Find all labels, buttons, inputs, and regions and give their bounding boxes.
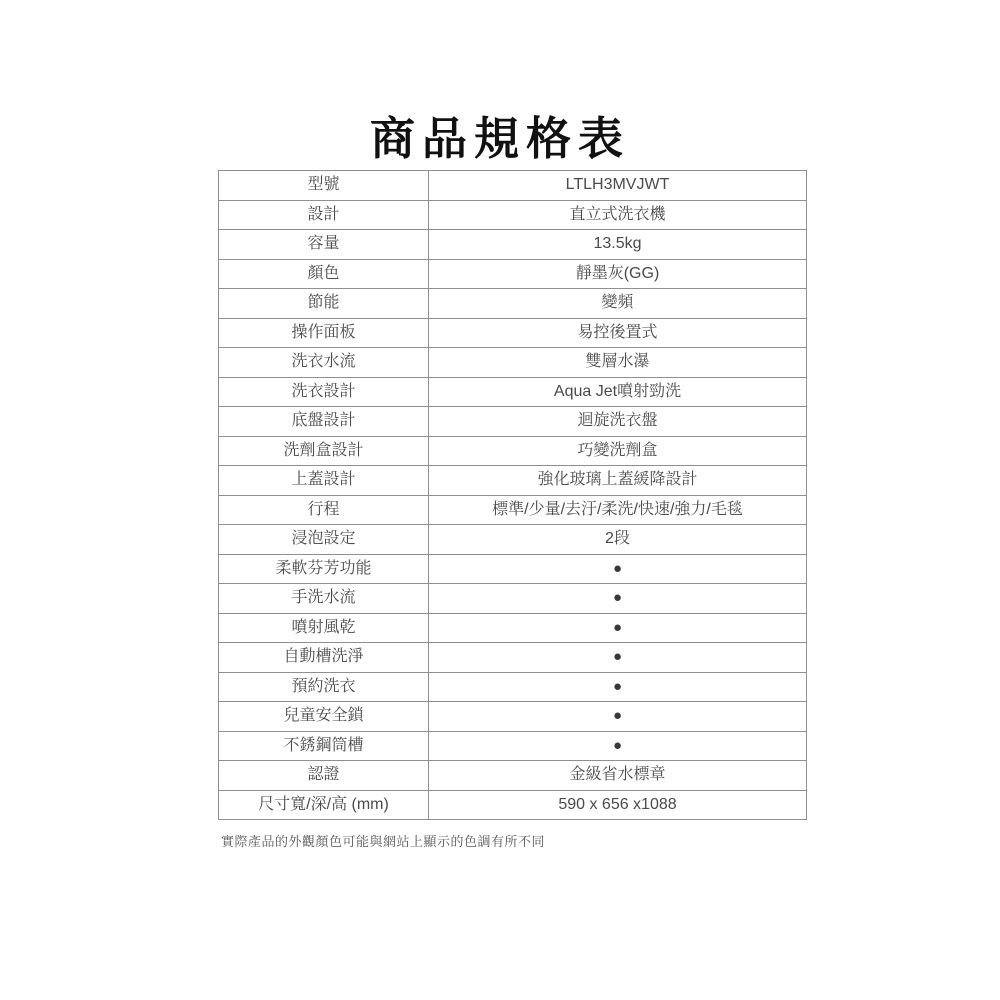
spec-label: 柔軟芬芳功能 bbox=[219, 554, 429, 584]
table-row: 行程 標準/少量/去汙/柔洗/快速/強力/毛毯 bbox=[219, 495, 807, 525]
spec-label: 節能 bbox=[219, 289, 429, 319]
spec-value: 迴旋洗衣盤 bbox=[429, 407, 807, 437]
table-row: 洗劑盒設計 巧變洗劑盒 bbox=[219, 436, 807, 466]
table-row: 自動槽洗淨 ● bbox=[219, 643, 807, 673]
spec-label: 型號 bbox=[219, 171, 429, 201]
spec-label: 手洗水流 bbox=[219, 584, 429, 614]
spec-label: 預約洗衣 bbox=[219, 672, 429, 702]
spec-value: 易控後置式 bbox=[429, 318, 807, 348]
spec-label: 浸泡設定 bbox=[219, 525, 429, 555]
spec-label: 兒童安全鎖 bbox=[219, 702, 429, 732]
table-row: 尺寸寬/深/高 (mm) 590 x 656 x1088 bbox=[219, 790, 807, 820]
spec-table-container: 型號 LTLH3MVJWT 設計 直立式洗衣機 容量 13.5kg 顏色 靜墨灰… bbox=[218, 170, 790, 820]
spec-label: 操作面板 bbox=[219, 318, 429, 348]
spec-value: LTLH3MVJWT bbox=[429, 171, 807, 201]
table-row: 認證 金級省水標章 bbox=[219, 761, 807, 791]
page-title: 商品規格表 bbox=[0, 116, 1000, 161]
table-row: 設計 直立式洗衣機 bbox=[219, 200, 807, 230]
table-row: 洗衣設計 Aqua Jet噴射勁洗 bbox=[219, 377, 807, 407]
spec-label: 洗衣設計 bbox=[219, 377, 429, 407]
spec-label: 設計 bbox=[219, 200, 429, 230]
table-row: 柔軟芬芳功能 ● bbox=[219, 554, 807, 584]
spec-value: 雙層水瀑 bbox=[429, 348, 807, 378]
spec-value: 變頻 bbox=[429, 289, 807, 319]
table-row: 容量 13.5kg bbox=[219, 230, 807, 260]
spec-value: 巧變洗劑盒 bbox=[429, 436, 807, 466]
spec-value: ● bbox=[429, 554, 807, 584]
spec-label: 自動槽洗淨 bbox=[219, 643, 429, 673]
table-row: 兒童安全鎖 ● bbox=[219, 702, 807, 732]
spec-label: 底盤設計 bbox=[219, 407, 429, 437]
spec-label: 尺寸寬/深/高 (mm) bbox=[219, 790, 429, 820]
spec-value: ● bbox=[429, 672, 807, 702]
spec-label: 行程 bbox=[219, 495, 429, 525]
spec-value: 直立式洗衣機 bbox=[429, 200, 807, 230]
spec-value: ● bbox=[429, 702, 807, 732]
spec-value: 13.5kg bbox=[429, 230, 807, 260]
spec-label: 洗衣水流 bbox=[219, 348, 429, 378]
color-disclaimer-footnote: 實際產品的外觀顏色可能與網站上顯示的色調有所不同 bbox=[221, 831, 545, 850]
table-row: 手洗水流 ● bbox=[219, 584, 807, 614]
spec-value: ● bbox=[429, 613, 807, 643]
table-row: 浸泡設定 2段 bbox=[219, 525, 807, 555]
table-row: 操作面板 易控後置式 bbox=[219, 318, 807, 348]
spec-label: 不銹鋼筒槽 bbox=[219, 731, 429, 761]
spec-value: Aqua Jet噴射勁洗 bbox=[429, 377, 807, 407]
spec-value: 標準/少量/去汙/柔洗/快速/強力/毛毯 bbox=[429, 495, 807, 525]
spec-value: 金級省水標章 bbox=[429, 761, 807, 791]
spec-sheet-page: 商品規格表 型號 LTLH3MVJWT 設計 直立式洗衣機 容量 13.5kg … bbox=[0, 0, 1000, 1000]
spec-value: 靜墨灰(GG) bbox=[429, 259, 807, 289]
spec-value: ● bbox=[429, 584, 807, 614]
table-row: 顏色 靜墨灰(GG) bbox=[219, 259, 807, 289]
spec-table: 型號 LTLH3MVJWT 設計 直立式洗衣機 容量 13.5kg 顏色 靜墨灰… bbox=[218, 170, 807, 820]
spec-table-body: 型號 LTLH3MVJWT 設計 直立式洗衣機 容量 13.5kg 顏色 靜墨灰… bbox=[219, 171, 807, 820]
spec-label: 洗劑盒設計 bbox=[219, 436, 429, 466]
spec-label: 噴射風乾 bbox=[219, 613, 429, 643]
spec-value: 強化玻璃上蓋緩降設計 bbox=[429, 466, 807, 496]
spec-label: 容量 bbox=[219, 230, 429, 260]
spec-label: 顏色 bbox=[219, 259, 429, 289]
table-row: 洗衣水流 雙層水瀑 bbox=[219, 348, 807, 378]
table-row: 底盤設計 迴旋洗衣盤 bbox=[219, 407, 807, 437]
spec-label: 上蓋設計 bbox=[219, 466, 429, 496]
spec-value: ● bbox=[429, 643, 807, 673]
table-row: 上蓋設計 強化玻璃上蓋緩降設計 bbox=[219, 466, 807, 496]
spec-value: 2段 bbox=[429, 525, 807, 555]
spec-value: 590 x 656 x1088 bbox=[429, 790, 807, 820]
table-row: 不銹鋼筒槽 ● bbox=[219, 731, 807, 761]
table-row: 預約洗衣 ● bbox=[219, 672, 807, 702]
table-row: 節能 變頻 bbox=[219, 289, 807, 319]
spec-value: ● bbox=[429, 731, 807, 761]
table-row: 型號 LTLH3MVJWT bbox=[219, 171, 807, 201]
table-row: 噴射風乾 ● bbox=[219, 613, 807, 643]
spec-label: 認證 bbox=[219, 761, 429, 791]
